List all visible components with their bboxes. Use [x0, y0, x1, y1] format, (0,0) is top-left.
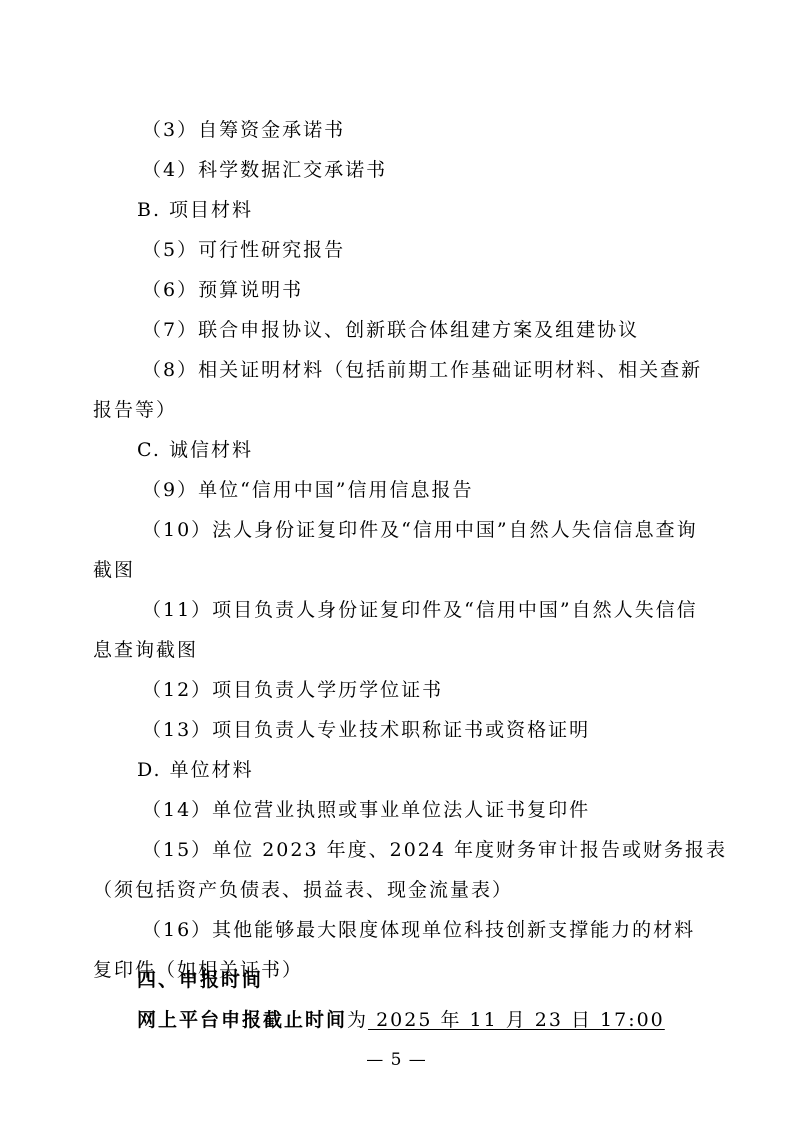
text-line: 截图 — [93, 558, 135, 582]
text-line: （15）单位 2023 年度、2024 年度财务审计报告或财务报表 — [142, 838, 727, 862]
text-line: （3）自筹资金承诺书 — [142, 118, 345, 142]
text-line: （7）联合申报协议、创新联合体组建方案及组建协议 — [142, 318, 639, 342]
text-line: （10）法人身份证复印件及“信用中国”自然人失信信息查询 — [142, 518, 698, 542]
text-line: （11）项目负责人身份证复印件及“信用中国”自然人失信信 — [142, 598, 698, 622]
deadline-label: 网上平台申报截止时间 — [137, 1009, 347, 1031]
text-line: （16）其他能够最大限度体现单位科技创新支撑能力的材料 — [142, 918, 695, 942]
text-line: （须包括资产负债表、损益表、现金流量表） — [93, 878, 513, 902]
section-heading-application-time: 四、申报时间 — [137, 968, 263, 992]
text-line: （5）可行性研究报告 — [142, 238, 345, 262]
text-line: 息查询截图 — [93, 638, 198, 662]
text-line: （8）相关证明材料（包括前期工作基础证明材料、相关查新 — [142, 358, 702, 382]
text-line: （13）项目负责人专业技术职称证书或资格证明 — [142, 718, 590, 742]
deadline-value: 2025 年 11 月 23 日 17:00 — [368, 1009, 665, 1031]
text-line: （6）预算说明书 — [142, 278, 303, 302]
text-line: （12）项目负责人学历学位证书 — [142, 678, 443, 702]
text-line: C. 诚信材料 — [137, 438, 253, 462]
text-line: （9）单位“信用中国”信用信息报告 — [142, 478, 474, 502]
text-line: （4）科学数据汇交承诺书 — [142, 158, 387, 182]
text-line: （14）单位营业执照或事业单位法人证书复印件 — [142, 798, 590, 822]
deadline-connector: 为 — [347, 1009, 368, 1031]
deadline-line: 网上平台申报截止时间为 2025 年 11 月 23 日 17:00 — [137, 1008, 665, 1032]
text-line: D. 单位材料 — [137, 758, 254, 782]
page-number: — 5 — — [0, 1050, 793, 1070]
text-line: B. 项目材料 — [137, 198, 253, 222]
text-line: 报告等） — [93, 398, 177, 422]
